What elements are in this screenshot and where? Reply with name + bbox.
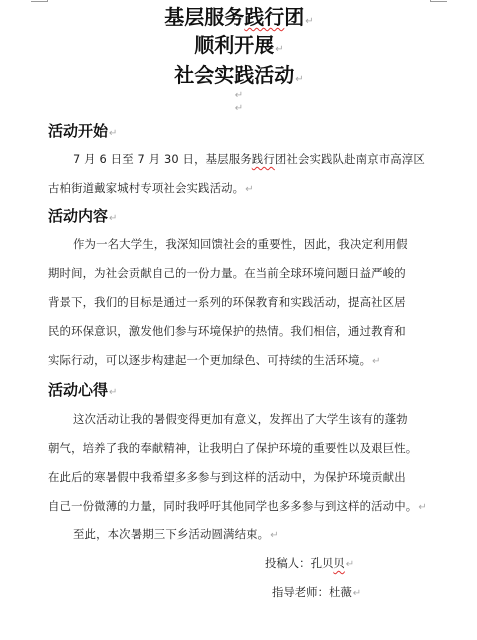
paragraph-mark-icon: ↵ bbox=[109, 213, 117, 224]
paragraph-mark-icon: ↵ bbox=[346, 559, 354, 570]
paragraph-mark-icon: ↵ bbox=[305, 16, 313, 27]
spellcheck-underline[interactable]: 贝 bbox=[333, 556, 344, 570]
paragraph-mark-icon: ↵ bbox=[109, 128, 117, 139]
paragraph-mark-icon: ↵ bbox=[372, 356, 381, 367]
paragraph-mark-icon: ↵ bbox=[353, 588, 361, 599]
closing-line: 至此，本次暑期三下乡活动圆满结束。↵ bbox=[73, 526, 279, 544]
empty-paragraph: ↵ bbox=[48, 90, 430, 102]
paragraph-line: 期时间，为社会贡献自己的一份力量。在当前全球环境问题日益严峻的 bbox=[48, 265, 406, 281]
title-line-2: 顺利开展↵ bbox=[48, 33, 430, 62]
paragraph-line: 古柏街道戴家城村专项社会实践活动。↵ bbox=[48, 180, 254, 198]
paragraph-line: 作为一名大学生，我深知回馈社会的重要性，因此，我决定利用假 bbox=[73, 236, 408, 252]
section-heading-start: 活动开始↵ bbox=[48, 122, 117, 143]
paragraph-line: 自己一份微薄的力量，同时我呼吁其他同学也多多参与到这样的活动中。↵ bbox=[48, 498, 427, 516]
paragraph-mark-icon: ↵ bbox=[109, 387, 117, 398]
paragraph-mark-icon: ↵ bbox=[270, 530, 279, 541]
paragraph-line: 朝气，培养了我的奉献精神，让我明白了保护环境的重要性以及艰巨性。 bbox=[48, 440, 417, 456]
title-line-1: 基层服务践行团↵ bbox=[48, 5, 430, 34]
author-signature: 投稿人：孔贝贝↵ bbox=[265, 555, 354, 573]
paragraph-line: 背景下，我们的目标是通过一系列的环保教育和实践活动，提高社区居 bbox=[48, 294, 406, 310]
paragraph-mark-icon: ↵ bbox=[418, 502, 427, 513]
spellcheck-underline[interactable]: 践行 bbox=[244, 5, 284, 29]
crop-mark-top-left bbox=[31, 0, 48, 2]
paragraph-mark-icon: ↵ bbox=[295, 74, 303, 85]
paragraph-line: 在此后的寒暑假中我希望多多参与到这样的活动中，为保护环境贡献出 bbox=[48, 469, 406, 485]
crop-mark-top-right bbox=[430, 0, 447, 2]
section-heading-reflection: 活动心得↵ bbox=[48, 381, 117, 402]
paragraph-mark-icon: ↵ bbox=[245, 184, 254, 195]
section-heading-content: 活动内容↵ bbox=[48, 207, 117, 228]
paragraph-line: 实际行动，可以逐步构建起一个更加绿色、可持续的生活环境。↵ bbox=[48, 352, 381, 370]
title-line-3: 社会实践活动↵ bbox=[48, 63, 430, 92]
advisor-signature: 指导老师：杜薇↵ bbox=[272, 584, 361, 602]
paragraph-line: 民的环保意识，激发他们参与环境保护的热情。我们相信，通过教育和 bbox=[48, 323, 406, 339]
paragraph-line: 7 月 6 日至 7 月 30 日，基层服务践行团社会实践队赴南京市高淳区 bbox=[73, 151, 425, 167]
paragraph-mark-icon: ↵ bbox=[275, 44, 283, 55]
empty-paragraph: ↵ bbox=[48, 103, 430, 115]
paragraph-line: 这次活动让我的暑假变得更加有意义，发挥出了大学生该有的蓬勃 bbox=[73, 411, 408, 427]
spellcheck-underline[interactable]: 践行 bbox=[252, 152, 275, 166]
